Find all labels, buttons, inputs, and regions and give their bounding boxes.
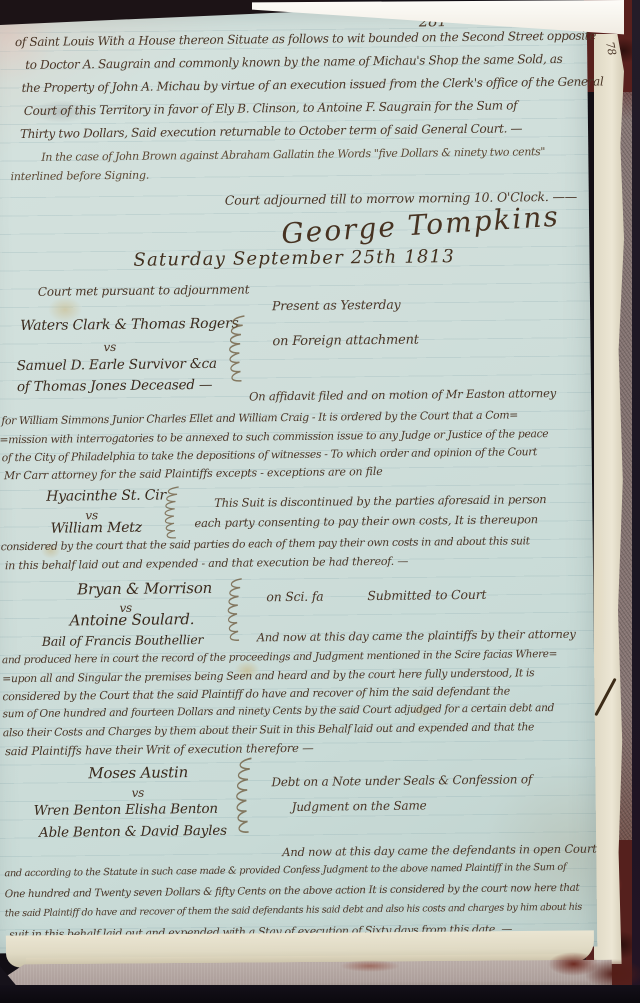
manuscript-line: the Property of John A. Michau by virtue… [21, 74, 603, 95]
manuscript-line: also their Costs and Charges by them abo… [3, 720, 534, 739]
manuscript-line: and produced here in court the record of… [2, 648, 557, 666]
case-party: Hyacinthe St. Cir [46, 487, 166, 504]
photo-bottom-shadow [0, 985, 640, 1003]
manuscript-line: sum of One hundred and fourteen Dollars … [3, 702, 555, 720]
manuscript-line: Thirty two Dollars, Said execution retur… [20, 121, 522, 141]
versus-mark: vs [131, 786, 144, 800]
docket-brace-squiggle [223, 576, 246, 646]
case-party: Moses Austin [88, 763, 188, 782]
case-party: Samuel D. Earle Survivor &ca [17, 356, 217, 374]
manuscript-line: to Doctor A. Saugrain and commonly known… [25, 52, 562, 72]
docket-note: Judgment on the Same [292, 798, 427, 814]
docket-brace-squiggle [231, 754, 256, 838]
manuscript-line: This Suit is discontinued by the parties… [214, 492, 546, 510]
manuscript-line: considered by the Court that the said Pl… [2, 685, 510, 704]
case-party: Able Benton & David Bayles [39, 823, 227, 841]
docket-note: on Foreign attachment [272, 333, 419, 350]
manuscript-line: One hundred and Twenty seven Dollars & f… [5, 882, 580, 901]
manuscript-line: of the City of Philadelphia to take the … [2, 445, 537, 464]
manuscript-line: of Saint Louis With a House thereon Situ… [15, 29, 596, 50]
manuscript-line: In the case of John Brown against Abraha… [41, 145, 545, 164]
manuscript-line: said Plaintiffs have their Writ of execu… [5, 741, 314, 758]
photo-right-shadow [632, 0, 640, 1003]
docket-brace-squiggle [224, 312, 249, 386]
session-date-heading: Saturday September 25th 1813 [133, 246, 455, 271]
docket-note: Debt on a Note under Seals & Confession … [271, 772, 532, 789]
case-party: Waters Clark & Thomas Rogers [20, 316, 239, 334]
case-party: William Metz [50, 520, 142, 537]
case-party: Bryan & Morrison [77, 579, 212, 599]
manuscript-line: the said Plaintiff do have and recover o… [5, 902, 582, 920]
manuscript-line: And now at this day came the defendants … [282, 842, 597, 860]
versus-mark: vs [103, 340, 116, 354]
case-party: of Thomas Jones Deceased — [17, 377, 212, 395]
manuscript-line: Court of this Territory in favor of Ely … [24, 98, 518, 118]
docket-note: Submitted to Court [367, 587, 486, 603]
manuscript-line: in this behalf laid out and expended - a… [5, 555, 408, 573]
manuscript-line: interlined before Signing. [10, 169, 149, 184]
docket-brace-squiggle [160, 484, 183, 542]
manuscript-line: each party consenting to pay their own c… [194, 512, 538, 530]
case-party: Antoine Soulard. [69, 610, 194, 629]
manuscript-line: And now at this day came the plaintiffs … [257, 627, 576, 645]
judge-signature: George Tompkins [280, 200, 560, 251]
case-party: Bail of Francis Bouthellier [42, 632, 204, 649]
manuscript-page: 281 of Saint Louis With a House thereon … [0, 9, 597, 954]
manuscript-line: and according to the Statute in such cas… [4, 862, 566, 879]
manuscript-line: =upon all and Singular the premises bein… [2, 666, 534, 685]
manuscript-line: for William Simmons Junior Charles Ellet… [1, 408, 518, 427]
present-line: Present as Yesterday [272, 297, 401, 313]
manuscript-line: Mr Carr attorney for the said Plaintiffs… [4, 465, 383, 482]
manuscript-line: On affidavit filed and on motion of Mr E… [249, 386, 556, 403]
docket-note: on Sci. fa [266, 589, 323, 605]
manuscript-line: =mission with interrogatories to be anne… [0, 427, 548, 446]
case-party: Wren Benton Elisha Benton [34, 801, 218, 819]
fabric-stain [340, 960, 400, 972]
manuscript-line: considered by the court that the said pa… [1, 534, 530, 553]
book-photograph: 78 281 of Saint Louis With a House there… [0, 0, 640, 1003]
edge-page-marker: 78 [603, 40, 619, 56]
session-opening: Court met pursuant to adjournment [38, 282, 250, 298]
